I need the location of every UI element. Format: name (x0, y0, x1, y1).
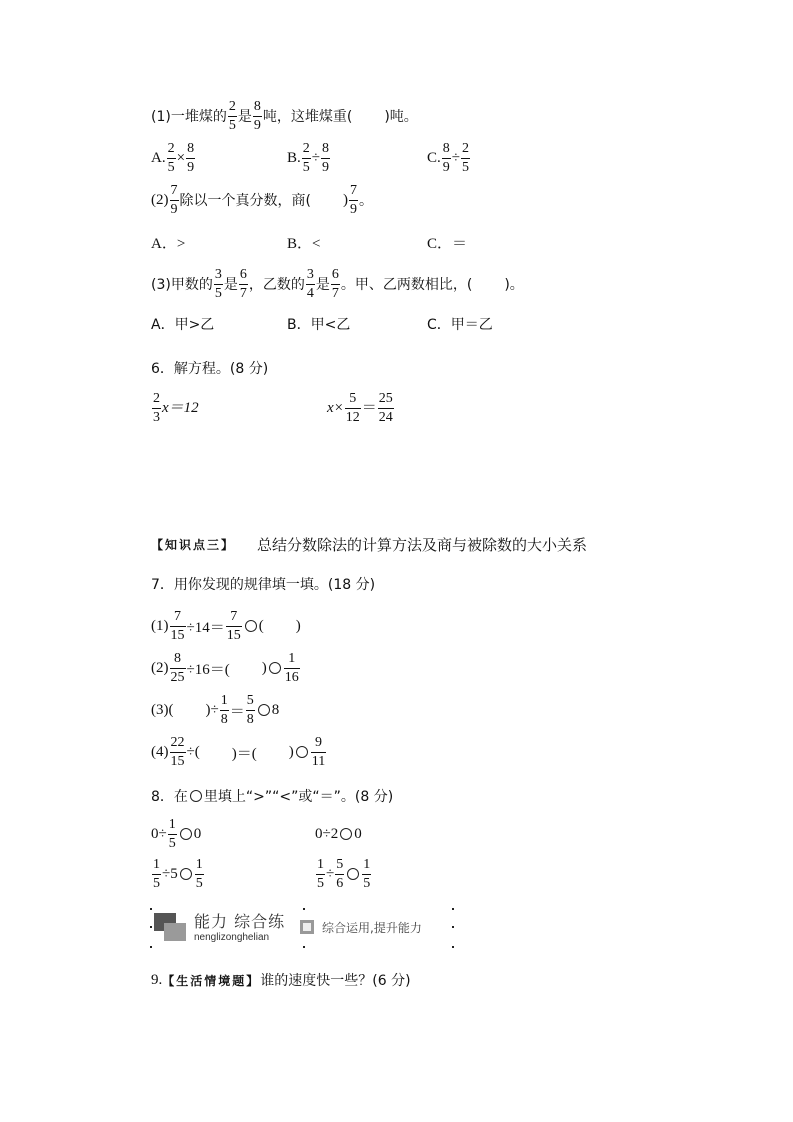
q9-tag: 【生活情境题】 (162, 972, 260, 989)
compare-circle[interactable] (180, 828, 192, 840)
equation-2: x×512＝2524 (327, 392, 395, 425)
q8-item-4: 15÷5615 (315, 858, 372, 891)
q7-item-3: (3)()÷ 18 ＝ 58 8 (151, 692, 279, 728)
compare-circle[interactable] (296, 746, 308, 758)
q8-title: 8．在里填上“>”“<”或“＝”。(8 分) (151, 778, 393, 814)
banner-slogan: 综合运用,提升能力 (322, 919, 422, 936)
option-b[interactable]: B.25÷89 (287, 142, 331, 175)
option-b[interactable]: B．甲<乙 (287, 314, 350, 334)
banner-pinyin: nenglizonghelian (194, 932, 269, 943)
fraction: 89 (253, 100, 262, 133)
q5-part3-stem: (3)甲数的 35 是 67 ，乙数的 34 是 67 。甲、乙两数相比，( )… (151, 266, 524, 302)
q7-item-4: (4) 2215 ÷()＝() 911 (151, 734, 327, 770)
option-a[interactable]: A．> (151, 232, 185, 253)
q9-title: 9. 【生活情境题】 谁的速度快一些？(6 分) (151, 962, 411, 998)
section-tag: 【知识点三】 (151, 536, 235, 553)
option-b[interactable]: B．< (287, 232, 320, 253)
q8-item-1: 0÷150 (151, 818, 201, 851)
q5-part2-options: A．> B．< C．＝ (151, 224, 491, 260)
option-a[interactable]: A.25×89 (151, 142, 196, 175)
banner-logo-icon (154, 913, 186, 941)
q6-title: 6．解方程。(8 分) (151, 350, 268, 386)
fraction: 25 (228, 100, 237, 133)
q8-row-2: 15÷515 15÷5615 (151, 856, 451, 892)
compare-circle[interactable] (340, 828, 352, 840)
compare-circle[interactable] (180, 868, 192, 880)
section-header: 【知识点三】 总结分数除法的计算方法及商与被除数的大小关系 (151, 526, 587, 562)
banner-square-icon (300, 920, 314, 934)
q5-part1-options: A.25×89 B.25÷89 C.89÷25 (151, 140, 491, 176)
q5-part1-stem: (1)一堆煤的 25 是 89 吨，这堆煤重( )吨。 (151, 98, 418, 134)
compare-circle[interactable] (258, 704, 270, 716)
q7-item-2: (2) 825 ÷16＝() 116 (151, 650, 301, 686)
equation-1: 23x＝12 (151, 392, 199, 425)
q8-row-1: 0÷150 0÷20 (151, 816, 451, 852)
q5-part3-options: A．甲>乙 B．甲<乙 C．甲＝乙 (151, 306, 491, 342)
q7-title: 7．用你发现的规律填一填。(18 分) (151, 566, 375, 602)
q8-item-3: 15÷515 (151, 858, 205, 891)
compare-circle[interactable] (269, 662, 281, 674)
q6-equations: 23x＝12 x×512＝2524 (151, 390, 431, 426)
banner-title: 能力 综合练 (194, 909, 285, 932)
option-c[interactable]: C．＝ (427, 232, 467, 253)
section-title: 总结分数除法的计算方法及商与被除数的大小关系 (257, 534, 587, 555)
q5-part2-stem: (2) 79 除以一个真分数，商( ) 79 。 (151, 182, 373, 218)
compare-circle[interactable] (245, 620, 257, 632)
q7-item-1: (1) 715 ÷14＝ 715 () (151, 608, 301, 644)
q8-item-2: 0÷20 (315, 826, 362, 843)
compare-circle[interactable] (347, 868, 359, 880)
option-c[interactable]: C．甲＝乙 (427, 314, 493, 334)
circle-icon (190, 790, 202, 802)
option-c[interactable]: C.89÷25 (427, 142, 471, 175)
option-a[interactable]: A．甲>乙 (151, 314, 214, 334)
section-banner: 能力 综合练 nenglizonghelian 综合运用,提升能力 (150, 908, 455, 948)
q5-p1-prefix: (1)一堆煤的 (151, 106, 227, 126)
